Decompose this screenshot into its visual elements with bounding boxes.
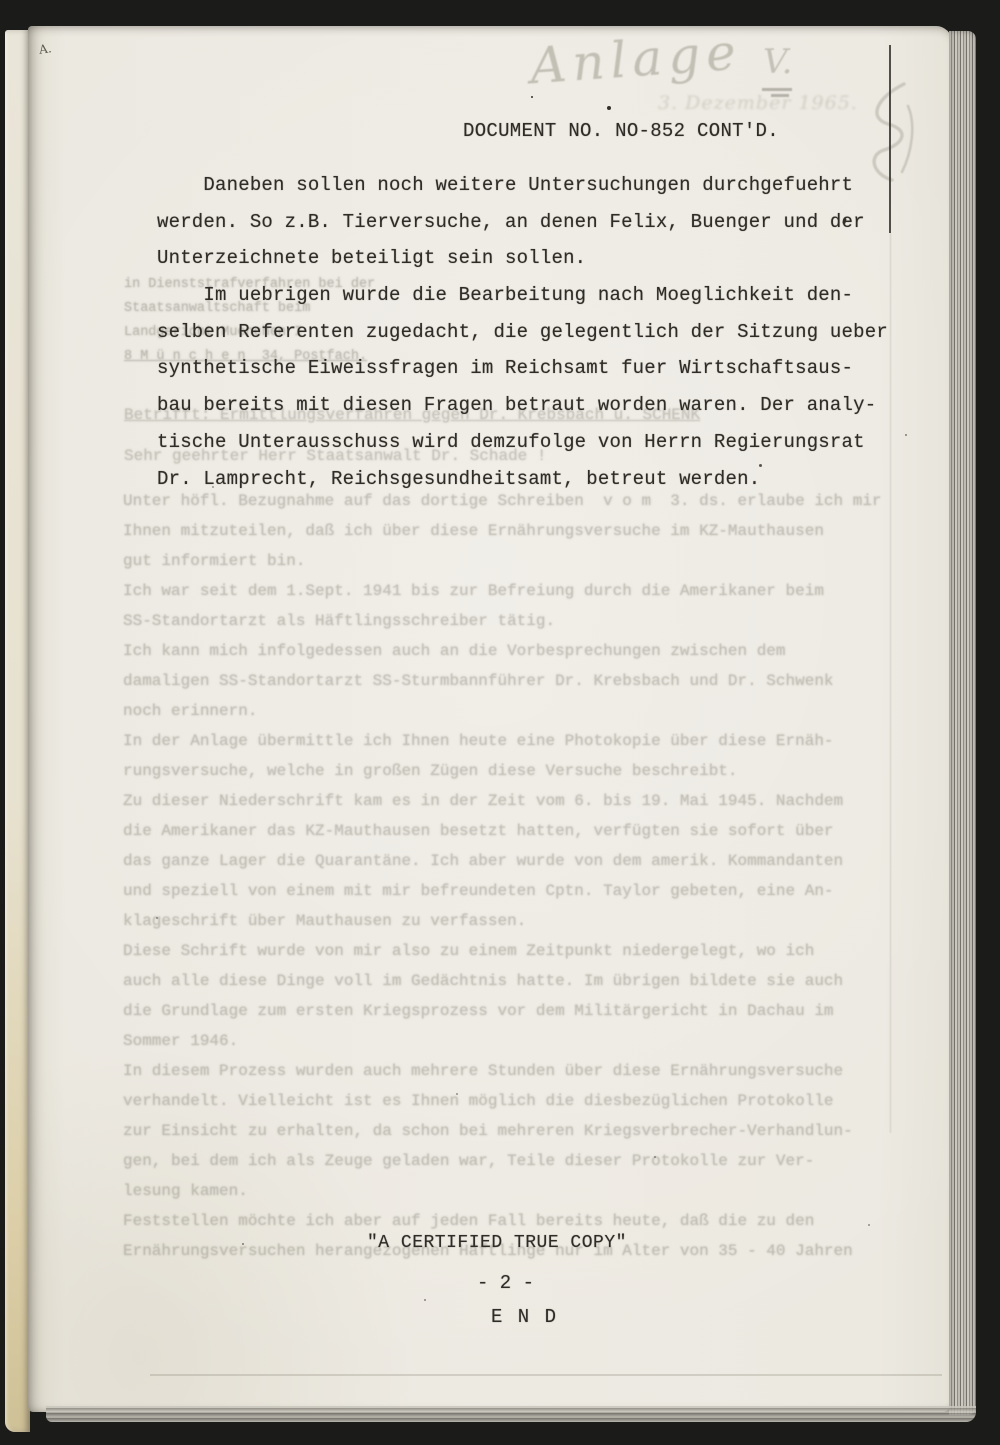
bleedthrough-line: die Grundlage zum ersten Kriegsprozess v…: [123, 1002, 882, 1032]
bleedthrough-line: und speziell von einem mit mir befreunde…: [123, 882, 882, 912]
bleedthrough-line: Ich war seit dem 1.Sept. 1941 bis zur Be…: [123, 582, 882, 612]
bleedthrough-line: gut informiert bin.: [123, 552, 882, 582]
typed-line: selben Referenten zugedacht, die gelegen…: [157, 321, 888, 358]
bleedthrough-line: Ihnen mitzuteilen, daß ich über diese Er…: [123, 522, 882, 552]
ink-speck: [531, 96, 533, 98]
fold-line: [889, 45, 891, 233]
ink-speck: [759, 464, 762, 467]
typed-body-text: Daneben sollen noch weitere Untersuchung…: [157, 174, 888, 504]
typed-line: werden. So z.B. Tierversuche, an denen F…: [157, 211, 888, 248]
typed-line: Im uebrigen wurde die Bearbeitung nach M…: [157, 284, 888, 321]
bleedthrough-line: SS-Standortarzt als Häftlingsschreiber t…: [123, 612, 882, 642]
numeral-underline: [762, 88, 792, 91]
bleedthrough-line: Ich kann mich infolgedessen auch an die …: [123, 642, 882, 672]
bleedthrough-letter-body: Unter höfl. Bezugnahme auf das dortige S…: [123, 492, 882, 1272]
certification-line: "A CERTIFIED TRUE COPY": [367, 1233, 627, 1253]
corner-mark: A.: [38, 41, 52, 57]
scanned-document: A. Anlage V. 3. Dezember 1965. in Dienst…: [0, 0, 1000, 1445]
typed-line: Dr. Lamprecht, Reichsgesundheitsamt, bet…: [157, 468, 888, 505]
bleedthrough-line: Sommer 1946.: [123, 1032, 882, 1062]
bleedthrough-line: gen, bei dem ich als Zeuge geladen war, …: [123, 1152, 882, 1182]
page-stack-edge-right: [949, 31, 976, 1415]
ink-speck: [905, 434, 907, 436]
ink-speck: [868, 1224, 870, 1226]
bleedthrough-line: die Amerikaner das KZ-Mauthausen besetzt…: [123, 822, 882, 852]
handwritten-paraph-squiggle: [858, 78, 930, 188]
bleedthrough-line: Diese Schrift wurde von mir also zu eine…: [123, 942, 882, 972]
underlying-page-edge: [5, 30, 30, 1432]
bleedthrough-line: auch alle diese Dinge voll im Gedächtnis…: [123, 972, 882, 1002]
typed-line: bau bereits mit diesen Fragen betraut wo…: [157, 394, 888, 431]
typed-line: synthetische Eiweissfragen im Reichsamt …: [157, 357, 888, 394]
bleedthrough-line: In diesem Prozess wurden auch mehrere St…: [123, 1062, 882, 1092]
page-number: - 2 -: [477, 1272, 534, 1294]
typed-line: Daneben sollen noch weitere Untersuchung…: [157, 174, 888, 211]
document-number-header: DOCUMENT NO. NO-852 CONT'D.: [463, 120, 779, 142]
fold-crease: [890, 233, 892, 1133]
bleedthrough-line: lesung kamen.: [123, 1182, 882, 1212]
handwritten-annex-numeral: V.: [763, 42, 792, 82]
ink-speck: [156, 917, 158, 919]
ink-speck: [212, 486, 214, 488]
ink-speck: [456, 1093, 458, 1095]
end-mark: E N D: [491, 1306, 558, 1328]
ink-speck: [424, 1299, 426, 1301]
bleedthrough-line: klageschrift über Mauthausen zu verfasse…: [123, 912, 882, 942]
bleedthrough-line: rungsversuche, welche in großen Zügen di…: [123, 762, 882, 792]
bleedthrough-line: verhandelt. Vielleicht ist es Ihnen mögl…: [123, 1092, 882, 1122]
typed-line: Unterzeichnete beteiligt sein sollen.: [157, 247, 888, 284]
bleedthrough-line: damaligen SS-Standortarzt SS-Sturmbannfü…: [123, 672, 882, 702]
bleedthrough-line: In der Anlage übermittle ich Ihnen heute…: [123, 732, 882, 762]
typed-line: tische Unterausschuss wird demzufolge vo…: [157, 431, 888, 468]
bleedthrough-line: noch erinnern.: [123, 702, 882, 732]
ink-speck: [242, 1243, 244, 1245]
bleedthrough-line: zur Einsicht zu erhalten, da schon bei m…: [123, 1122, 882, 1152]
bleedthrough-line: das ganze Lager die Quarantäne. Ich aber…: [123, 852, 882, 882]
ink-speck: [654, 1156, 656, 1158]
ink-speck: [607, 106, 611, 110]
bleedthrough-line: Zu dieser Niederschrift kam es in der Ze…: [123, 792, 882, 822]
horizontal-crease: [150, 1374, 942, 1376]
handwritten-date-note: 3. Dezember 1965.: [658, 92, 858, 114]
page-stack-edge-bottom: [46, 1406, 976, 1422]
